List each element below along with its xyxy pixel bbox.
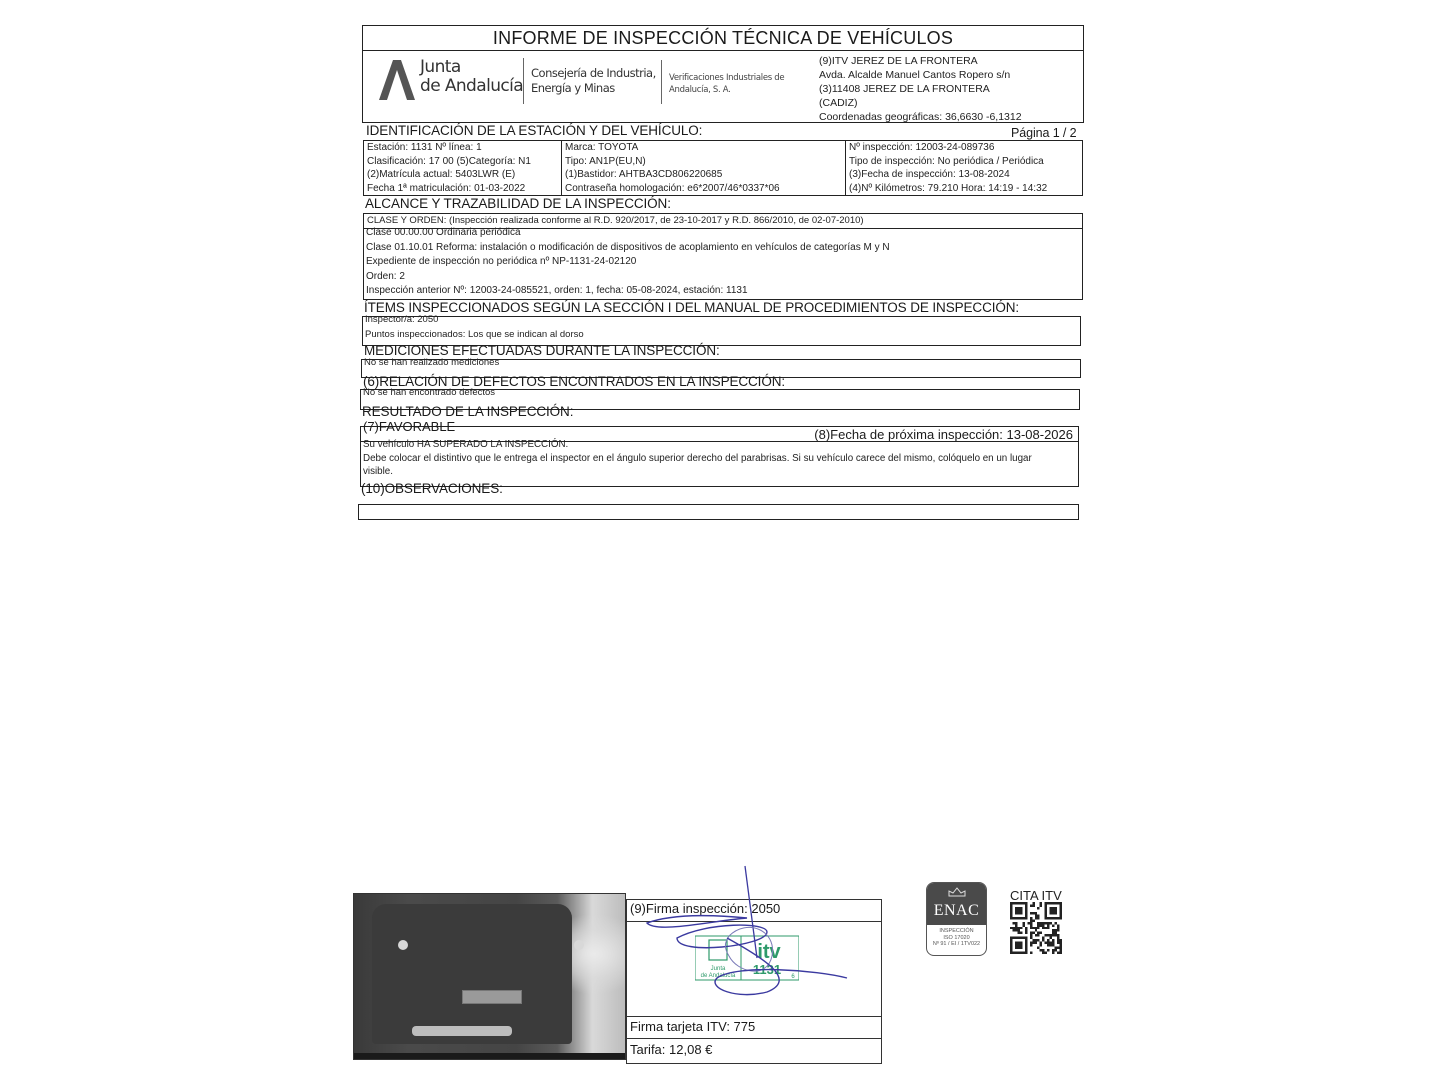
result-box: (7)FAVORABLE (8)Fecha de próxima inspecc…: [360, 426, 1079, 487]
identification-table: Estación: 1131 Nº línea: 1 Clasificación…: [363, 140, 1083, 196]
enac-details: INSPECCIÓN ISO 17020 Nº 91 / EI / 1TV022: [927, 928, 986, 948]
identification-title: IDENTIFICACIÓN DE LA ESTACIÓN Y DEL VEHÍ…: [366, 123, 702, 138]
qr-label: CITA ITV: [1010, 888, 1062, 903]
signature-block: (9)Firma inspección: 2050 Junta de Andal…: [626, 899, 882, 1064]
crown-icon: [948, 887, 966, 897]
report-title: INFORME DE INSPECCIÓN TÉCNICA DE VEHÍCUL…: [363, 28, 1083, 49]
items-box: Inspector/a: 2050 Puntos inspeccionados:…: [362, 316, 1081, 346]
consejeria-text: Consejería de Industria, Energía y Minas: [531, 66, 656, 96]
scope-body-box: Clase 00.00.00 Ordinaria periódica Clase…: [363, 228, 1083, 300]
page-number: Página 1 / 2: [1011, 126, 1077, 140]
result-title: RESULTADO DE LA INSPECCIÓN:: [362, 404, 573, 419]
header-divider: [363, 50, 1083, 51]
enac-logo-text: ENAC: [927, 902, 986, 920]
result-verdict: (7)FAVORABLE: [363, 419, 455, 434]
license-plate: [462, 990, 522, 1004]
inspected-points: Puntos inspeccionados: Los que se indica…: [365, 327, 584, 342]
logo-divider: [523, 58, 524, 104]
vehicle-photo: [353, 893, 626, 1060]
itv-card-signature: Firma tarjeta ITV: 775: [630, 1019, 755, 1034]
junta-logo-text: Junta de Andalucía: [420, 58, 523, 96]
observations-title: (10)OBSERVACIONES:: [361, 481, 503, 496]
defects-text: No se han encontrado defectos: [363, 386, 495, 400]
vehicle-column: Marca: TOYOTA Tipo: AN1P(EU,N) (1)Bastid…: [561, 141, 845, 195]
inspector-id: Inspector/a: 2050: [365, 312, 584, 327]
scope-lines: Clase 00.00.00 Ordinaria periódica Clase…: [366, 226, 890, 299]
station-column: Estación: 1131 Nº línea: 1 Clasificación…: [364, 141, 561, 195]
observations-box: [358, 504, 1079, 520]
logo-divider-2: [661, 60, 662, 104]
station-address: (9)ITV JEREZ DE LA FRONTERA Avda. Alcald…: [819, 54, 1022, 124]
photo-caption-bar: [354, 1053, 625, 1059]
report-header: INFORME DE INSPECCIÓN TÉCNICA DE VEHÍCUL…: [362, 25, 1084, 123]
inspection-column: Nº inspección: 12003-24-089736 Tipo de i…: [845, 141, 1082, 195]
enac-accreditation-badge: ENAC INSPECCIÓN ISO 17020 Nº 91 / EI / 1…: [926, 882, 987, 956]
verificaciones-text: Verificaciones Industriales de Andalucía…: [669, 72, 784, 96]
junta-andalucia-logo-icon: [377, 58, 417, 102]
fee-amount: Tarifa: 12,08 €: [630, 1042, 712, 1057]
scope-title: ALCANCE Y TRAZABILIDAD DE LA INSPECCIÓN:: [365, 196, 671, 211]
result-instructions: Debe colocar el distintivo que le entreg…: [363, 452, 1032, 466]
qr-code-icon[interactable]: [1010, 902, 1062, 954]
result-message: Su vehículo HA SUPERADO LA INSPECCIÓN.: [363, 438, 1032, 452]
measurements-text: No se han realizado mediciones: [364, 356, 499, 370]
vehicle-rear: [372, 904, 572, 1044]
